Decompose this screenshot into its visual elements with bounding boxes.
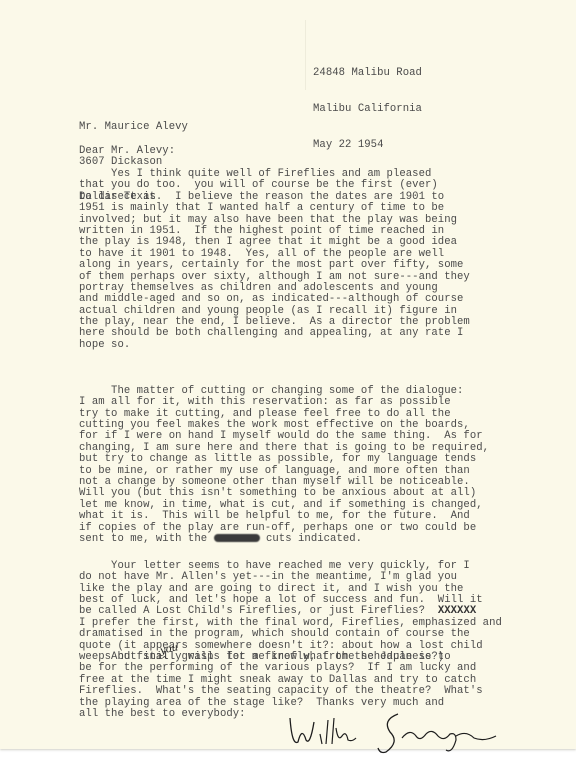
letter-line: but try to change as little as possible,… bbox=[79, 454, 489, 465]
paragraph-1: Yes I think quite well of Fireflies and … bbox=[79, 169, 470, 351]
letter-line: what it is. This will be helpful to me, … bbox=[79, 511, 489, 522]
letter-line: Fireflies. What's the seating capacity o… bbox=[79, 686, 483, 697]
letter-line: and middle-aged and so on, as indicated-… bbox=[79, 294, 470, 305]
sender-street: 24848 Malibu Road bbox=[313, 67, 422, 78]
insertion-caret: ^ bbox=[161, 655, 168, 664]
paragraph-2: The matter of cutting or changing some o… bbox=[79, 363, 489, 545]
letter-line: along in years, certainly for the most p… bbox=[79, 260, 470, 271]
salutation: Dear Mr. Alevy: bbox=[79, 146, 175, 157]
recipient-street: 3607 Dickason bbox=[79, 157, 188, 168]
letter-line: 1951 is mainly that I wanted half a cent… bbox=[79, 203, 470, 214]
letter-line: here should be both challenging and appe… bbox=[79, 328, 470, 339]
letter-page: 24848 Malibu Road Malibu California May … bbox=[0, 0, 576, 749]
signature bbox=[270, 706, 530, 754]
letter-line: hope so. bbox=[79, 340, 470, 351]
paragraph-3: Your letter seems to have reached me ver… bbox=[79, 538, 502, 663]
letter-line: Will you (but this isn't something to be… bbox=[79, 488, 489, 499]
recipient-name: Mr. Maurice Alevy bbox=[79, 122, 188, 133]
struck-out-text: XXXXXX bbox=[438, 605, 476, 617]
letter-line: I am all for it, with this reservation: … bbox=[79, 397, 489, 408]
sender-address: 24848 Malibu Road Malibu California May … bbox=[313, 43, 422, 175]
paper-crease bbox=[305, 20, 306, 90]
sender-city: Malibu California bbox=[313, 103, 422, 114]
letter-line: dramatised in the program, which should … bbox=[79, 629, 502, 640]
letter-date: May 22 1954 bbox=[313, 139, 422, 150]
letter-line: do not have Mr. Allen's yet---in the mea… bbox=[79, 572, 502, 583]
